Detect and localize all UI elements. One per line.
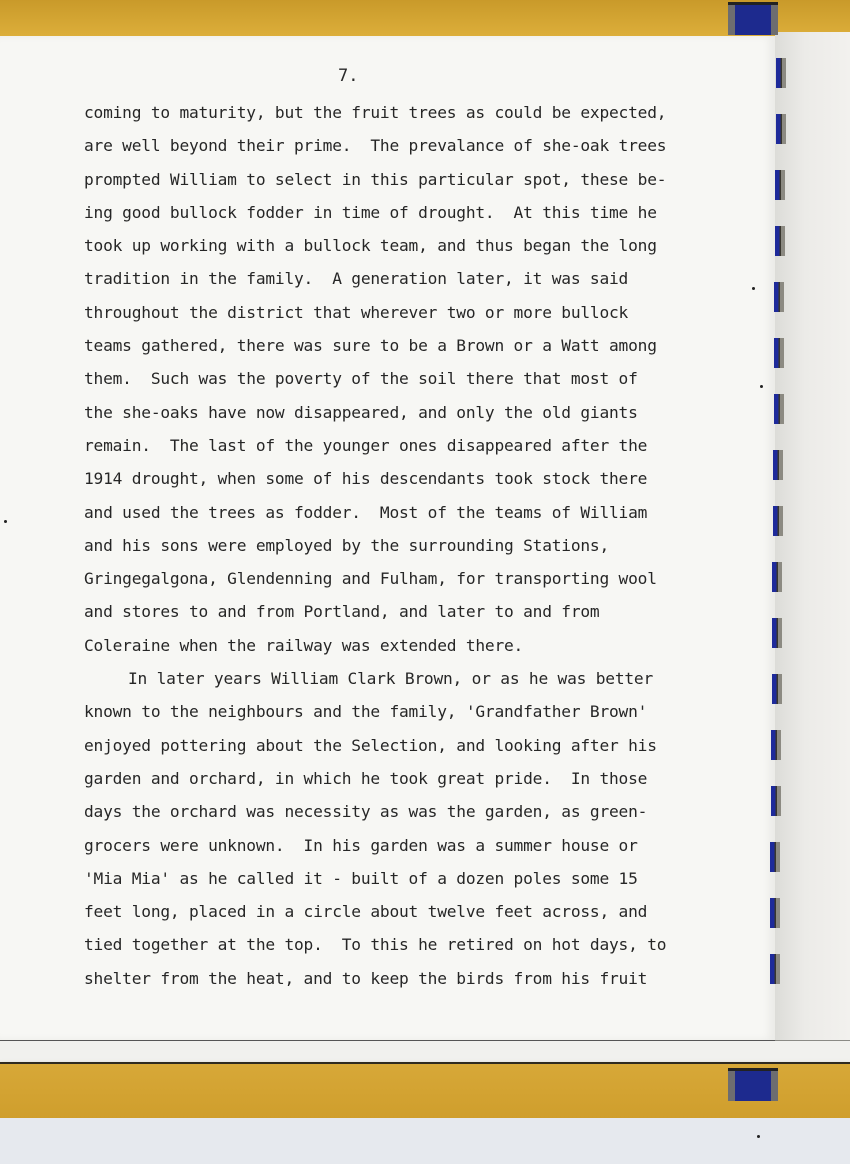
text-line: took up working with a bullock team, and…: [84, 229, 724, 262]
text-line: and stores to and from Portland, and lat…: [84, 595, 724, 628]
text-line: them. Such was the poverty of the soil t…: [84, 362, 724, 395]
text-line: enjoyed pottering about the Selection, a…: [84, 729, 724, 762]
page-number: 7.: [338, 66, 358, 86]
text-line: Coleraine when the railway was extended …: [84, 629, 724, 662]
text-line: grocers were unknown. In his garden was …: [84, 829, 724, 862]
text-line: throughout the district that wherever tw…: [84, 296, 724, 329]
text-line: are well beyond their prime. The prevala…: [84, 129, 724, 162]
text-line: Gringegalgona, Glendenning and Fulham, f…: [84, 562, 724, 595]
binder-slot: [770, 842, 780, 872]
binder-slot: [772, 562, 782, 592]
text-line: garden and orchard, in which he took gre…: [84, 762, 724, 795]
text-line: tied together at the top. To this he ret…: [84, 928, 724, 961]
binder-cover-top: [0, 0, 850, 36]
binder-slot: [776, 58, 786, 88]
text-line: prompted William to select in this parti…: [84, 163, 724, 196]
ink-speck: [4, 520, 7, 523]
text-line: remain. The last of the younger ones dis…: [84, 429, 724, 462]
binder-slot: [771, 730, 781, 760]
binder-slot: [773, 506, 783, 536]
text-line: and used the trees as fodder. Most of th…: [84, 496, 724, 529]
binder-slot: [771, 786, 781, 816]
ink-speck: [752, 287, 755, 290]
text-line: teams gathered, there was sure to be a B…: [84, 329, 724, 362]
text-line: shelter from the heat, and to keep the b…: [84, 962, 724, 995]
binder-clip-top: [728, 2, 778, 35]
text-line: and his sons were employed by the surrou…: [84, 529, 724, 562]
binder-slot: [774, 338, 784, 368]
text-line: coming to maturity, but the fruit trees …: [84, 96, 724, 129]
binder-slot: [772, 618, 782, 648]
binder-slot: [770, 954, 780, 984]
text-line: In later years William Clark Brown, or a…: [84, 662, 724, 695]
ink-speck: [760, 385, 763, 388]
text-line: 1914 drought, when some of his descendan…: [84, 462, 724, 495]
text-line: known to the neighbours and the family, …: [84, 695, 724, 728]
text-line: the she-oaks have now disappeared, and o…: [84, 396, 724, 429]
scan-background: [0, 1118, 850, 1164]
binder-slot: [774, 394, 784, 424]
binder-slot: [775, 226, 785, 256]
text-line: feet long, placed in a circle about twel…: [84, 895, 724, 928]
binder-slot: [776, 114, 786, 144]
page-body-text: coming to maturity, but the fruit trees …: [84, 96, 724, 995]
ink-speck: [757, 1135, 760, 1138]
binder-cover-bottom: [0, 1062, 850, 1120]
binder-slot: [775, 170, 785, 200]
text-line: ing good bullock fodder in time of droug…: [84, 196, 724, 229]
binder-slot: [774, 282, 784, 312]
binder-clip-bottom: [728, 1068, 778, 1101]
text-line: 'Mia Mia' as he called it - built of a d…: [84, 862, 724, 895]
text-line: days the orchard was necessity as was th…: [84, 795, 724, 828]
binder-slot: [772, 674, 782, 704]
binder-slot: [770, 898, 780, 928]
underlying-pages-edge: [775, 32, 850, 1042]
binder-slot: [773, 450, 783, 480]
text-line: tradition in the family. A generation la…: [84, 262, 724, 295]
